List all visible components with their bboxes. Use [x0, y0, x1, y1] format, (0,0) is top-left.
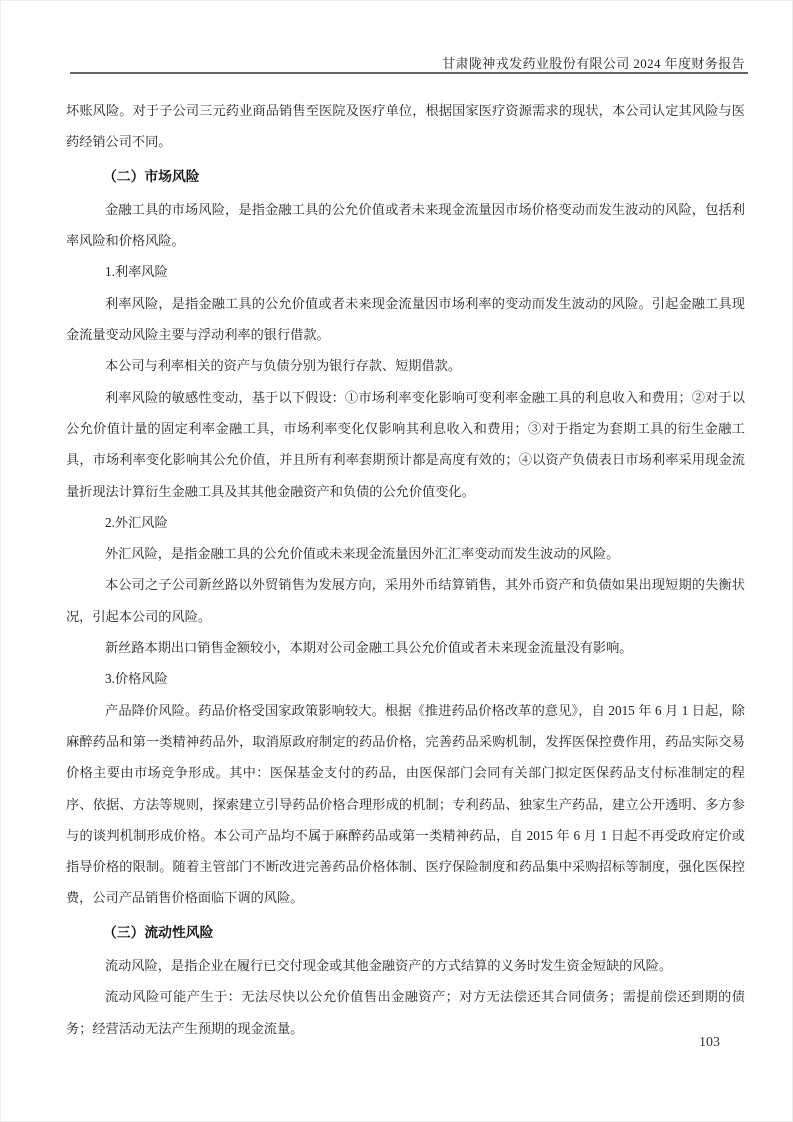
paragraph-interest-rate-sensitivity: 利率风险的敏感性变动，基于以下假设：①市场利率变化影响可变利率金融工具的利息收入… [66, 382, 745, 507]
section-heading-market-risk: （二）市场风险 [66, 161, 745, 192]
paragraph-liquidity-risk-definition: 流动风险，是指企业在履行已交付现金或其他金融资产的方式结算的义务时发生资金短缺的… [66, 950, 745, 981]
section-heading-liquidity-risk: （三）流动性风险 [66, 917, 745, 948]
sub-heading-foreign-exchange-risk: 2.外汇风险 [66, 507, 745, 538]
paragraph-fx-risk-definition: 外汇风险，是指金融工具的公允价值或未来现金流量因外汇汇率变动而发生波动的风险。 [66, 538, 745, 569]
paragraph-fx-export-impact: 新丝路本期出口销售金额较小，本期对公司金融工具公允价值或者未来现金流量没有影响。 [66, 632, 745, 663]
sub-heading-interest-rate-risk: 1.利率风险 [66, 256, 745, 287]
document-page: 甘肃陇神戎发药业股份有限公司 2024 年度财务报告 坏账风险。对于子公司三元药… [0, 0, 793, 1122]
page-number: 103 [699, 1035, 720, 1051]
paragraph-interest-rate-assets: 本公司与利率相关的资产与负债分别为银行存款、短期借款。 [66, 350, 745, 381]
paragraph-market-risk-definition: 金融工具的市场风险，是指金融工具的公允价值或者未来现金流量因市场价格变动而发生波… [66, 194, 745, 257]
paragraph-bad-debt-continuation: 坏账风险。对于子公司三元药业商品销售至医院及医疗单位，根据国家医疗资源需求的现状… [66, 95, 745, 158]
sub-heading-price-risk: 3.价格风险 [66, 663, 745, 694]
document-body: 坏账风险。对于子公司三元药业商品销售至医院及医疗单位，根据国家医疗资源需求的现状… [66, 95, 745, 1044]
paragraph-fx-subsidiary: 本公司之子公司新丝路以外贸销售为发展方向，采用外币结算销售，其外币资产和负债如果… [66, 569, 745, 632]
header-divider [70, 72, 748, 74]
paragraph-price-risk-detail: 产品降价风险。药品价格受国家政策影响较大。根据《推进药品价格改革的意见》，自 2… [66, 695, 745, 914]
header-report-title: 甘肃陇神戎发药业股份有限公司 2024 年度财务报告 [66, 53, 745, 72]
paragraph-interest-rate-risk-definition: 利率风险，是指金融工具的公允价值或者未来现金流量因市场利率的变动而发生波动的风险… [66, 288, 745, 351]
paragraph-liquidity-risk-sources: 流动风险可能产生于：无法尽快以公允价值售出金融资产；对方无法偿还其合同债务；需提… [66, 981, 745, 1044]
